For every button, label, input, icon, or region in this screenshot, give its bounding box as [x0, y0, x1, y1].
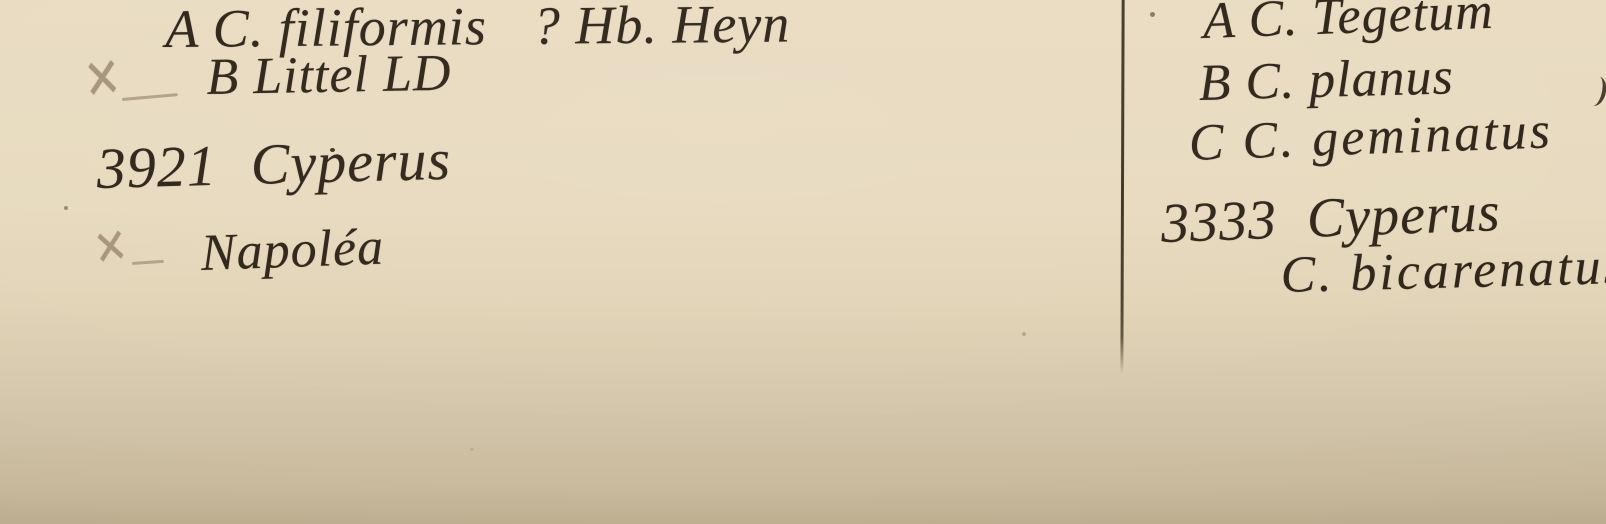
pencil-x-icon: ✕: [91, 221, 130, 274]
spacer: [217, 184, 251, 185]
manuscript-scan-page: A C. filiformis? Hb. Heyn ✕ B Littel LD …: [0, 0, 1606, 524]
specimen-line-littel: B Littel LD: [206, 48, 452, 104]
pencil-dash: [122, 93, 178, 101]
specimen-line-tegetum: A C. Tegetum: [1202, 0, 1494, 48]
genus-name: Cyperus: [1306, 181, 1502, 250]
catalog-number: 3921: [96, 133, 218, 201]
species-name: B C. planus: [1198, 48, 1455, 112]
specimen-line-napolea: Napoléa: [200, 222, 385, 280]
spacer: [1278, 237, 1308, 238]
paper-speck: [1150, 12, 1155, 17]
paper-speck: [1022, 332, 1026, 336]
species-name: C. bicarenatus: [1280, 238, 1606, 304]
species-name: A C. Tegetum: [1202, 0, 1495, 50]
specimen-line-planus: B C. planus: [1198, 51, 1454, 110]
paper-speck: [64, 206, 68, 210]
paper-speck: [470, 448, 474, 451]
specimen-line-3921: 3921Cyperus: [96, 131, 452, 198]
determination-note: ? Hb. Heyn: [533, 0, 791, 56]
catalog-number: 3333: [1160, 189, 1278, 255]
specimen-line-bicarenatus: C. bicarenatus: [1280, 241, 1606, 302]
collection-note: B Littel LD: [206, 45, 452, 106]
pencil-dash: [132, 260, 164, 265]
column-divider-rule: [1120, 0, 1124, 374]
pencil-x-icon: ✕: [82, 50, 123, 110]
species-name: C C. geminatus: [1188, 102, 1554, 172]
species-name: Napoléa: [200, 219, 385, 282]
cutoff-ink-stroke: [1583, 74, 1606, 108]
specimen-line-geminatus: C C. geminatus: [1188, 105, 1554, 170]
paper-speck: [330, 148, 335, 152]
genus-name: Cyperus: [250, 127, 452, 197]
